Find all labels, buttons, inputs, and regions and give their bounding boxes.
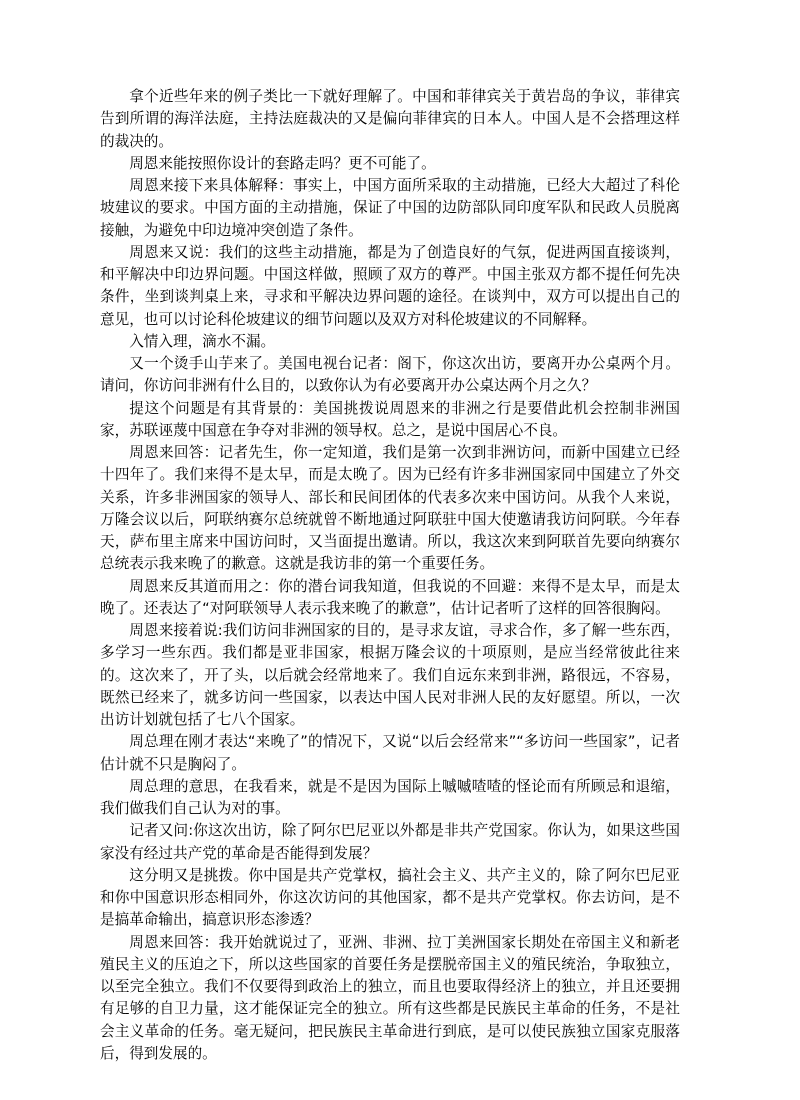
paragraph: 周恩来又说：我们的这些主动措施，都是为了创造良好的气氛，促进两国直接谈判，和平解…: [100, 242, 680, 331]
paragraph: 周总理的意思，在我看来，就是不是因为国际上嘁嘁喳喳的怪论而有所顾忌和退缩，我们做…: [100, 776, 680, 821]
paragraph: 入情入理，滴水不漏。: [100, 331, 680, 353]
paragraph: 又一个烫手山芋来了。美国电视台记者：阁下，你这次出访，要离开办公桌两个月。请问，…: [100, 353, 680, 398]
paragraph: 周恩来回答：我开始就说过了，亚洲、非洲、拉丁美洲国家长期处在帝国主义和新老殖民主…: [100, 932, 680, 1066]
paragraph: 拿个近些年来的例子类比一下就好理解了。中国和菲律宾关于黄岩岛的争议，菲律宾告到所…: [100, 86, 680, 153]
paragraph: 周恩来接着说:我们访问非洲国家的目的，是寻求友谊，寻求合作，多了解一些东西，多学…: [100, 620, 680, 731]
document-page: 拿个近些年来的例子类比一下就好理解了。中国和菲律宾关于黄岩岛的争议，菲律宾告到所…: [100, 86, 680, 1065]
paragraph: 周恩来回答：记者先生，你一定知道，我们是第一次到非洲访问，而新中国建立已经十四年…: [100, 442, 680, 576]
paragraph: 记者又问:你这次出访，除了阿尔巴尼亚以外都是非共产党国家。你认为，如果这些国家没…: [100, 820, 680, 865]
paragraph: 周恩来反其道而用之：你的潜台词我知道，但我说的不回避：来得不是太早，而是太晚了。…: [100, 576, 680, 621]
paragraph: 这分明又是挑拨。你中国是共产党掌权，搞社会主义、共产主义的，除了阿尔巴尼亚和你中…: [100, 865, 680, 932]
paragraph: 周总理在刚才表达“来晚了”的情况下，又说“以后会经常来”“多访问一些国家”，记者…: [100, 731, 680, 776]
paragraph: 提这个问题是有其背景的：美国挑拨说周恩来的非洲之行是要借此机会控制非洲国家，苏联…: [100, 398, 680, 443]
paragraph: 周恩来能按照你设计的套路走吗？更不可能了。: [100, 153, 680, 175]
paragraph: 周恩来接下来具体解释：事实上，中国方面所采取的主动措施，已经大大超过了科伦坡建议…: [100, 175, 680, 242]
